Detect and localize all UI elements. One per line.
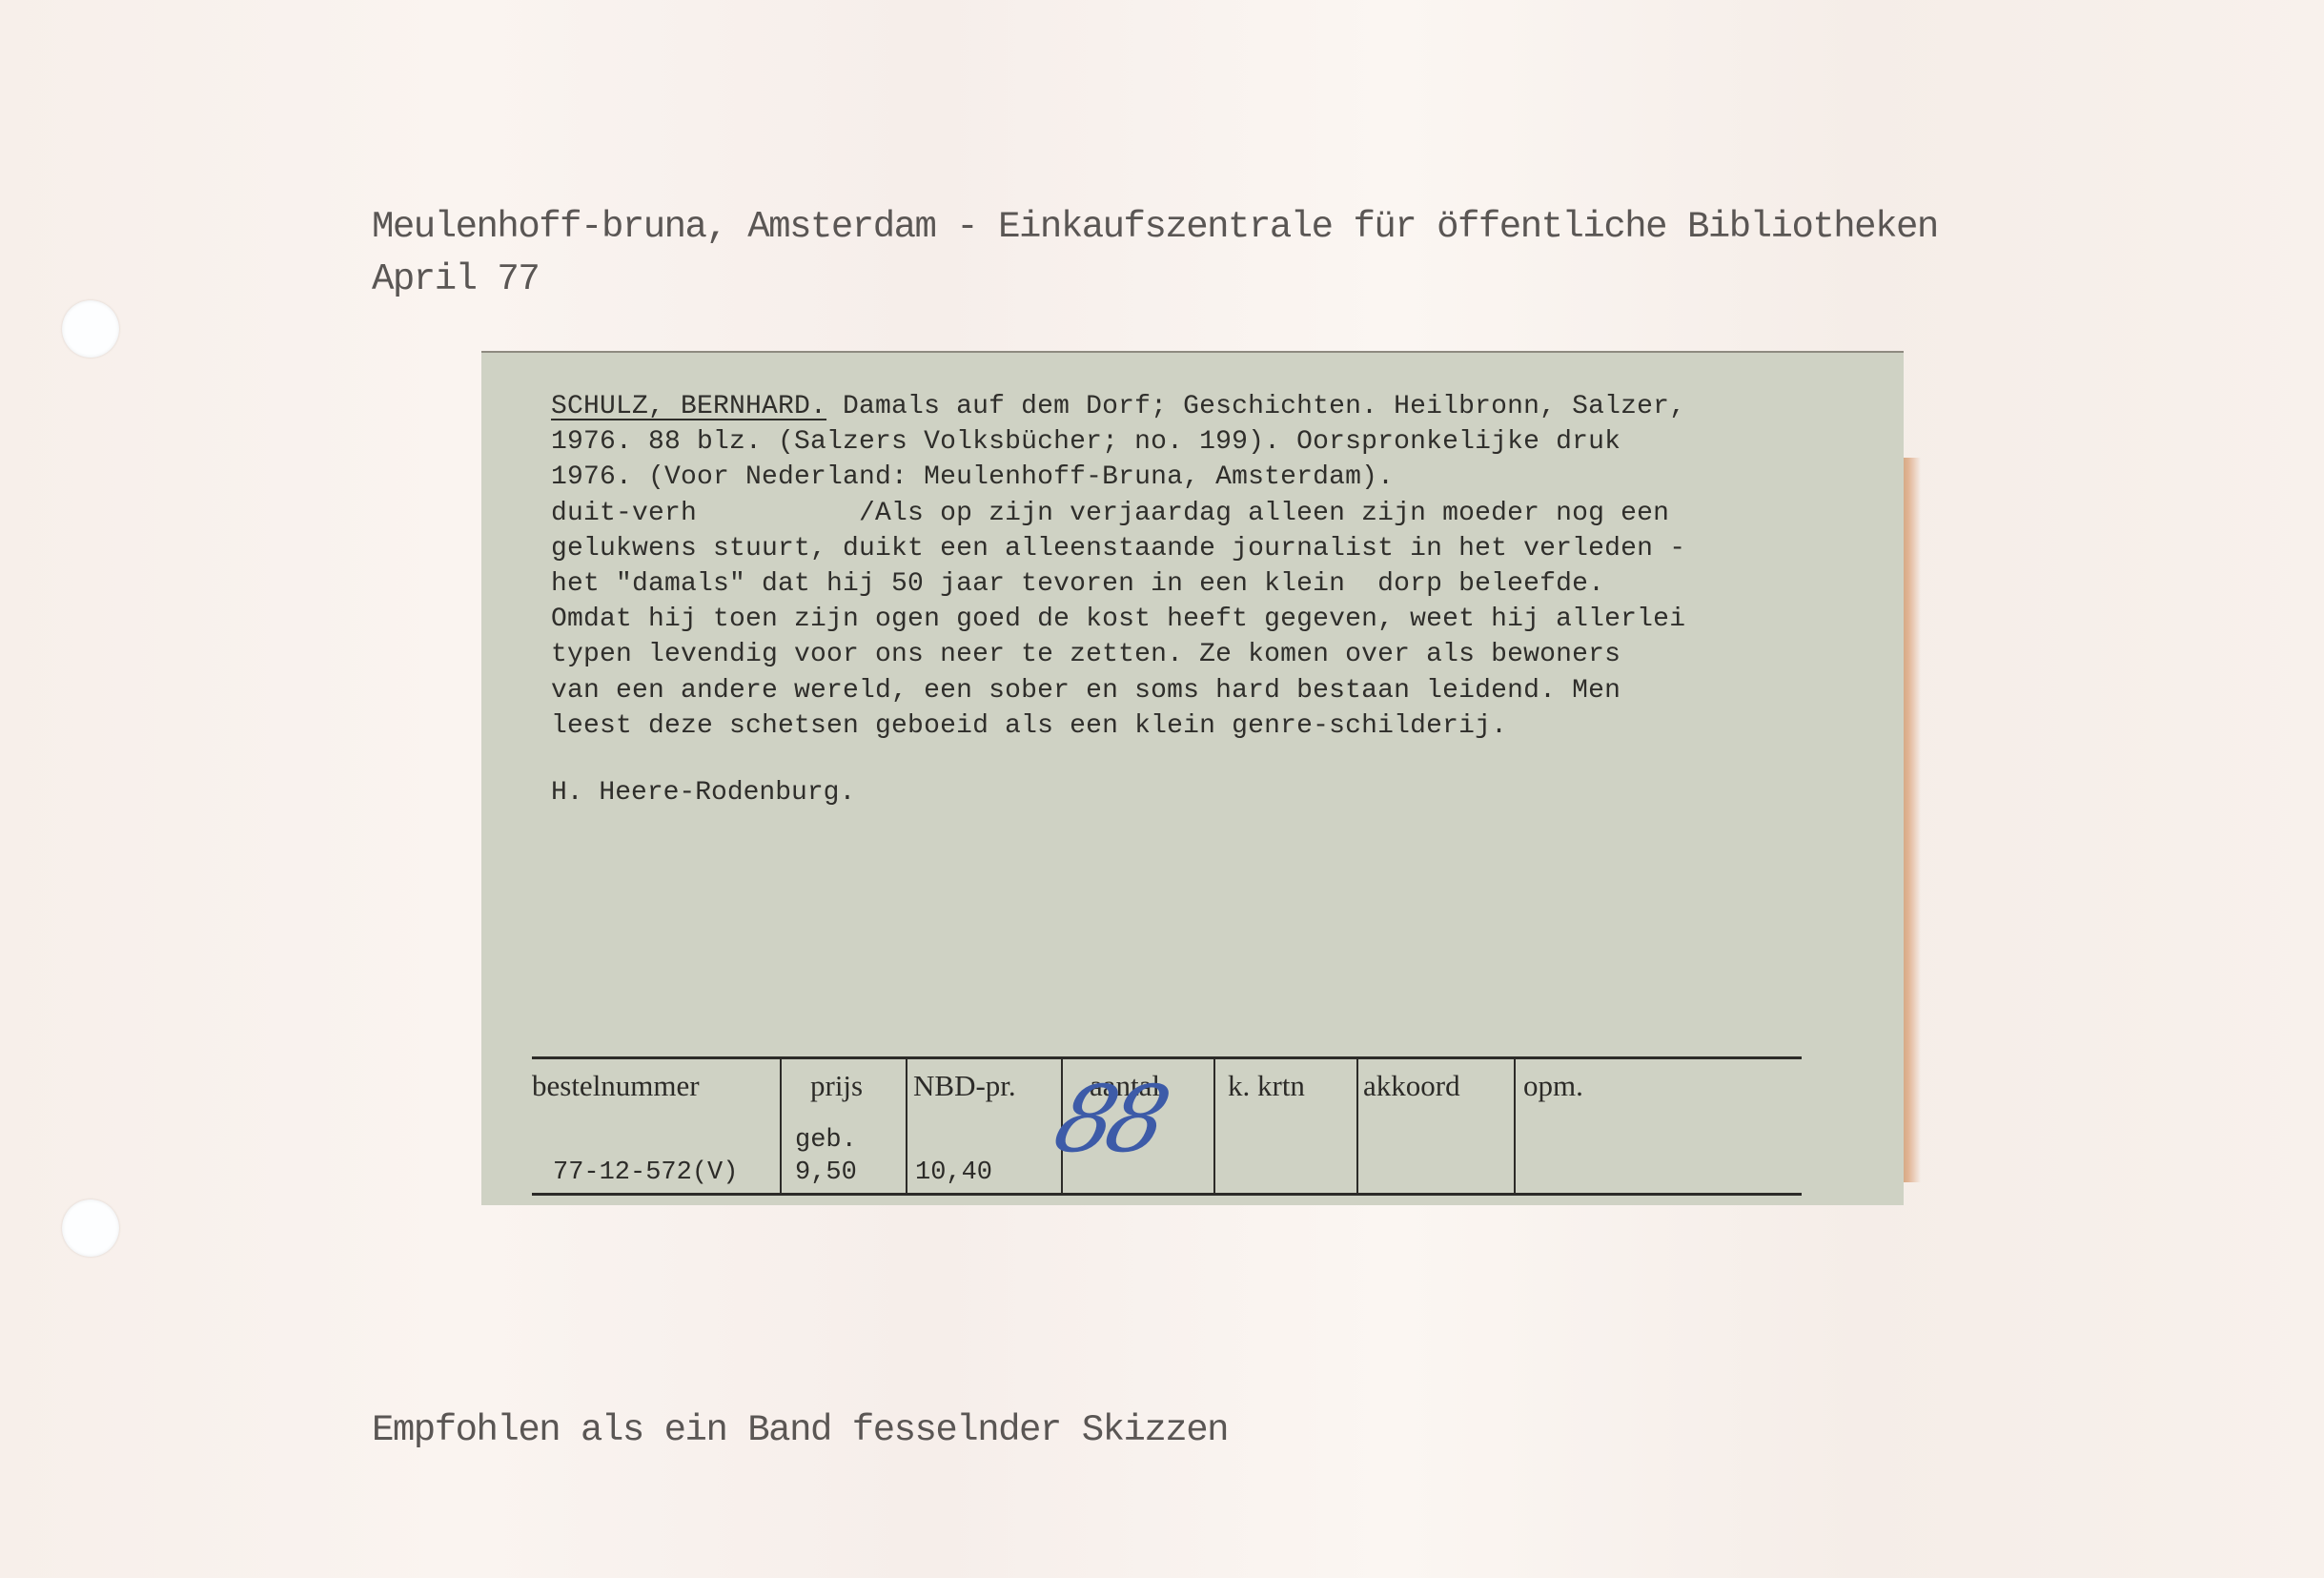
header-akkoord: akkoord (1363, 1069, 1460, 1103)
col-divider (906, 1059, 907, 1193)
order-number: 77-12-572(V) (553, 1158, 738, 1187)
header-publisher-line: Meulenhoff-bruna, Amsterdam - Einkaufsze… (372, 200, 1938, 254)
review-line-4: duit-verh /Als op zijn verjaardag alleen… (551, 499, 1669, 528)
review-line-5: gelukwens stuurt, duikt een alleenstaand… (551, 534, 1685, 564)
punch-hole-bottom (62, 1199, 119, 1257)
col-divider (1514, 1059, 1516, 1193)
reviewer-signature: H. Heere-Rodenburg. (551, 778, 855, 808)
price-value: 9,50 (795, 1158, 857, 1187)
col-divider (1356, 1059, 1358, 1193)
review-line-7: Omdat hij toen zijn ogen goed de kost he… (551, 605, 1685, 634)
header-opm: opm. (1523, 1069, 1583, 1103)
binding-type: geb. (795, 1126, 857, 1155)
header-prijs: prijs (810, 1069, 863, 1103)
author-name: SCHULZ, BERNHARD. (551, 392, 826, 421)
punch-hole-top (62, 300, 119, 358)
review-line-2: 1976. 88 blz. (Salzers Volksbücher; no. … (551, 427, 1621, 457)
col-divider (780, 1059, 782, 1193)
review-line-8: typen levendig voor ons neer te zetten. … (551, 640, 1621, 669)
review-line-3: 1976. (Voor Nederland: Meulenhoff-Bruna,… (551, 462, 1394, 492)
header-k-krtn: k. krtn (1228, 1069, 1305, 1103)
review-line-1: Damals auf dem Dorf; Geschichten. Heilbr… (826, 392, 1685, 421)
col-divider (1213, 1059, 1215, 1193)
header-nbd-price: NBD-pr. (913, 1069, 1016, 1103)
nbd-price-value: 10,40 (915, 1158, 992, 1187)
review-card: SCHULZ, BERNHARD. Damals auf dem Dorf; G… (481, 351, 1904, 1205)
header-date: April 77 (372, 253, 539, 306)
review-line-10: leest deze schetsen geboeid als een klei… (551, 711, 1507, 741)
review-text: SCHULZ, BERNHARD. Damals auf dem Dorf; G… (551, 389, 1685, 744)
review-line-6: het "damals" dat hij 50 jaar tevoren in … (551, 569, 1604, 599)
recommendation-text: Empfohlen als ein Band fesselnder Skizze… (372, 1404, 1228, 1457)
review-line-9: van een andere wereld, een sober en soms… (551, 676, 1621, 706)
header-bestelnummer: bestelnummer (532, 1069, 700, 1103)
